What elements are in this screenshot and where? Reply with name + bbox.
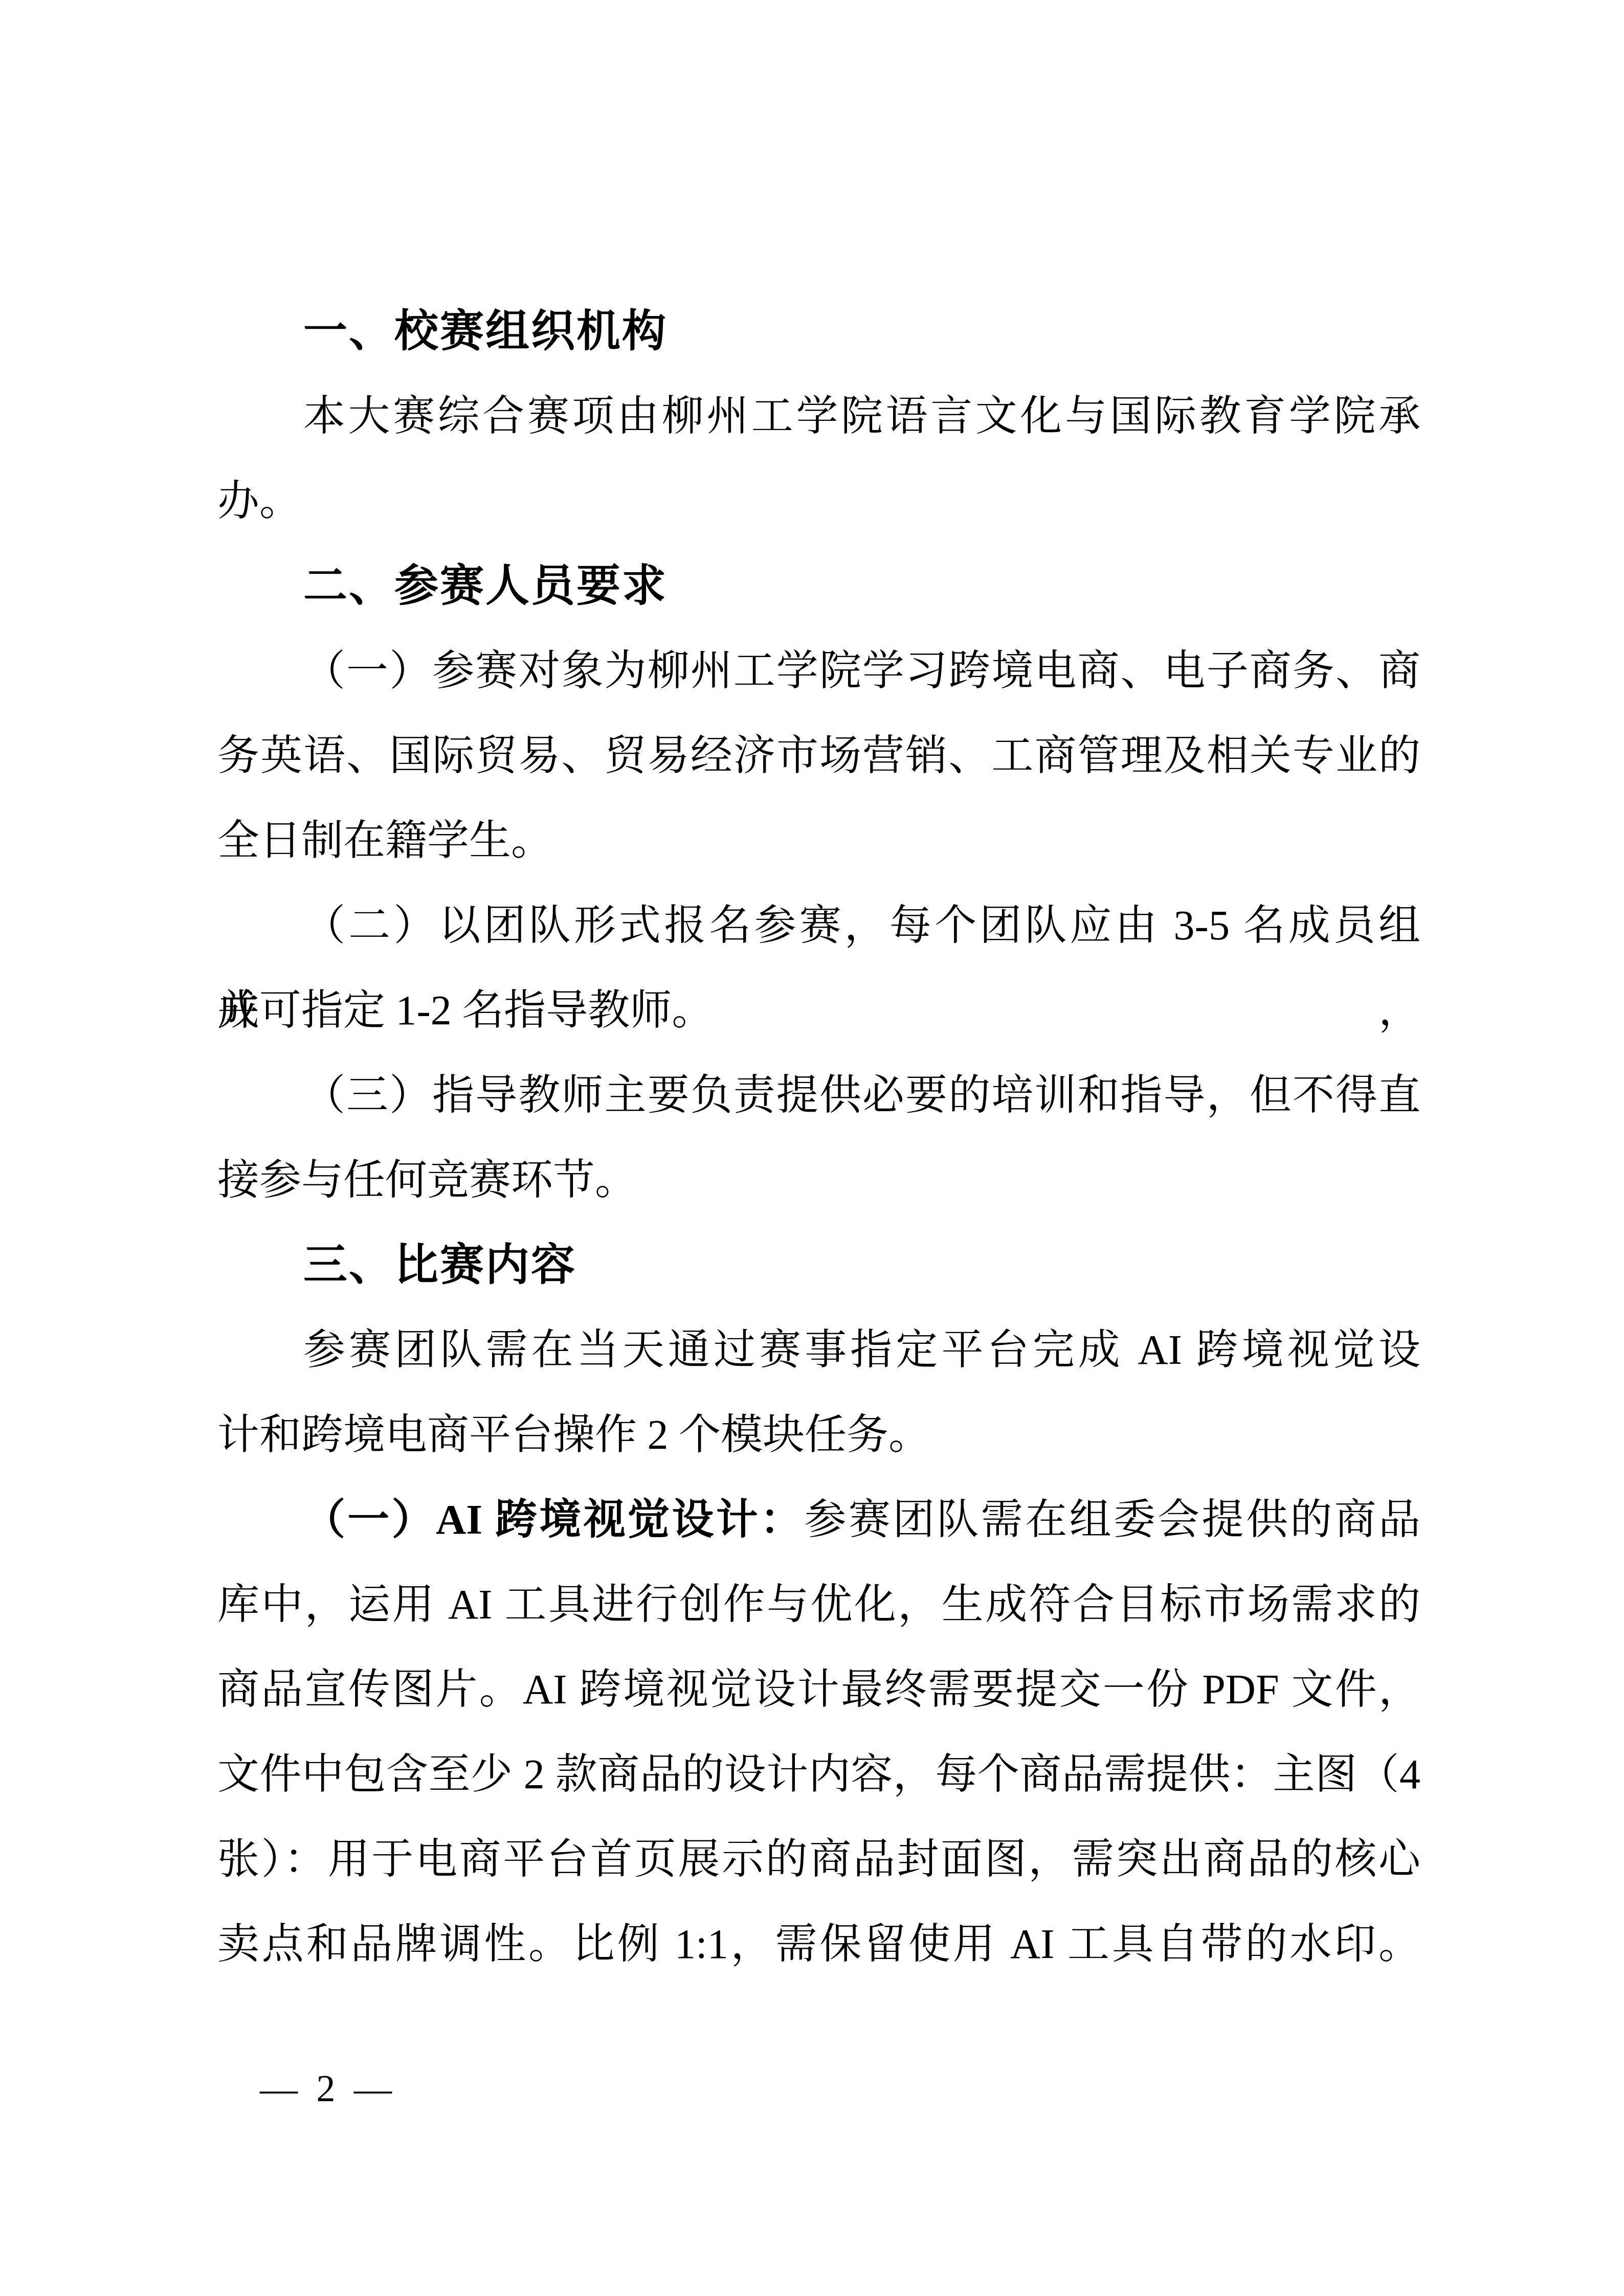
bold-lead-in: （一）AI 跨境视觉设计： [303, 1496, 804, 1543]
paragraph-line: 卖点和品牌调性。比例 1:1，需保留使用 AI 工具自带的水印。 [217, 1902, 1420, 1987]
section-heading-3: 三、比赛内容 [217, 1223, 1420, 1308]
paragraph-line: 库中，运用 AI 工具进行创作与优化，生成符合目标市场需求的 [217, 1562, 1420, 1647]
document-page: 一、校赛组织机构 本大赛综合赛项由柳州工学院语言文化与国际教育学院承 办。 二、… [0, 0, 1624, 2296]
section-heading-1: 一、校赛组织机构 [217, 289, 1420, 374]
paragraph-line: 商品宣传图片。AI 跨境视觉设计最终需要提交一份 PDF 文件， [217, 1647, 1420, 1732]
page-number: — 2 — [260, 2070, 396, 2108]
paragraph-line: 全日制在籍学生。 [217, 798, 1420, 883]
paragraph-line: 计和跨境电商平台操作 2 个模块任务。 [217, 1392, 1420, 1477]
paragraph-line: 文件中包含至少 2 款商品的设计内容，每个商品需提供：主图（4 [217, 1732, 1420, 1817]
section-heading-2: 二、参赛人员要求 [217, 544, 1420, 628]
document-body: 一、校赛组织机构 本大赛综合赛项由柳州工学院语言文化与国际教育学院承 办。 二、… [217, 289, 1420, 1987]
paragraph-line: 张）：用于电商平台首页展示的商品封面图，需突出商品的核心 [217, 1817, 1420, 1902]
paragraph-line: 本大赛综合赛项由柳州工学院语言文化与国际教育学院承 [217, 374, 1420, 459]
paragraph-line: 办。 [217, 459, 1420, 544]
paragraph-line: 接参与任何竞赛环节。 [217, 1138, 1420, 1223]
paragraph-line: （一）AI 跨境视觉设计：参赛团队需在组委会提供的商品 [217, 1477, 1420, 1562]
paragraph-line: 务英语、国际贸易、贸易经济市场营销、工商管理及相关专业的 [217, 713, 1420, 798]
paragraph-line: （三）指导教师主要负责提供必要的培训和指导，但不得直 [217, 1053, 1420, 1138]
paragraph-text: 参赛团队需在组委会提供的商品 [804, 1496, 1420, 1543]
paragraph-line: 参赛团队需在当天通过赛事指定平台完成 AI 跨境视觉设 [217, 1308, 1420, 1392]
paragraph-line: （一）参赛对象为柳州工学院学习跨境电商、电子商务、商 [217, 628, 1420, 713]
paragraph-line: （二）以团队形式报名参赛，每个团队应由 3-5 名成员组成， [217, 883, 1420, 968]
